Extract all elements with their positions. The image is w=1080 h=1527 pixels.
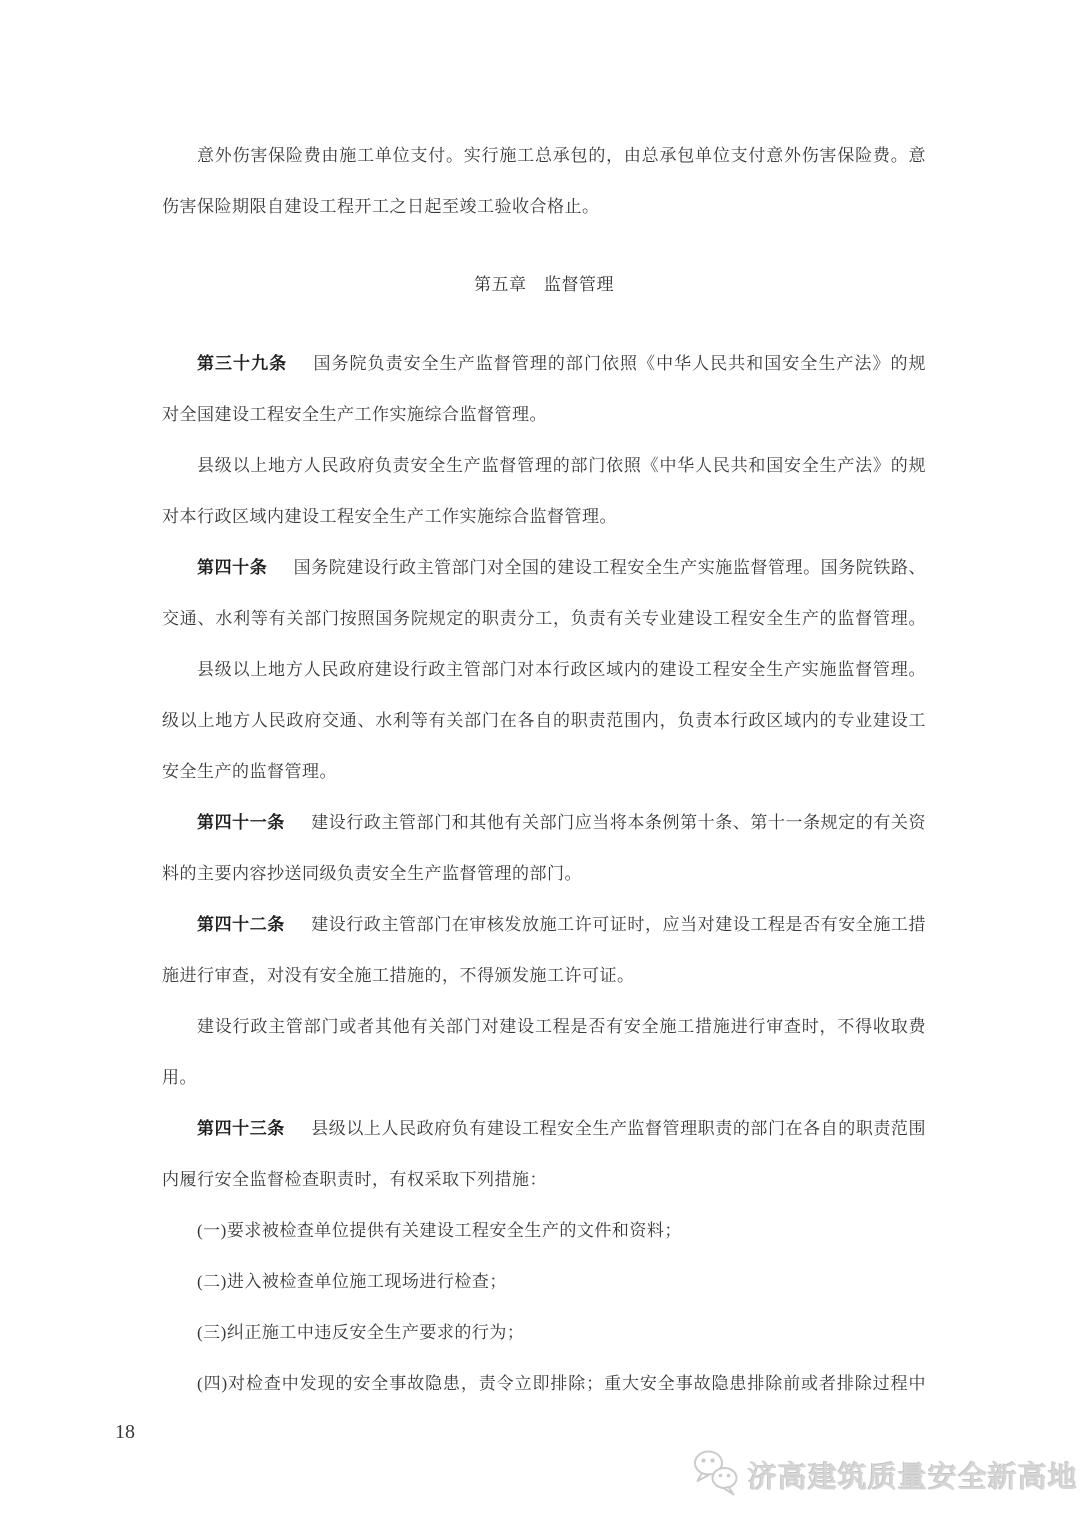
text-line: 交通、水利等有关部门按照国务院规定的职责分工，负责有关专业建设工程安全生产的监督… — [162, 593, 926, 644]
text-line: 级以上地方人民政府交通、水利等有关部门在各自的职责范围内，负责本行政区域内的专业… — [162, 695, 926, 746]
text-line: (二)进入被检查单位施工现场进行检查； — [162, 1256, 926, 1307]
text-line: 县级以上地方人民政府建设行政主管部门对本行政区域内的建设工程安全生产实施监督管理… — [162, 644, 926, 695]
text-line: 第三十九条国务院负责安全生产监督管理的部门依照《中华人民共和国安全生产法》的规定… — [162, 338, 926, 389]
text-line: 意外伤害保险费由施工单位支付。实行施工总承包的，由总承包单位支付意外伤害保险费。… — [162, 130, 926, 181]
watermark-text: 济高建筑质量安全新高地 — [748, 1455, 1078, 1496]
article-text: 建设行政主管部门在审核发放施工许可证时，应当对建设工程是否有安全施工措 — [311, 915, 926, 934]
text-line: 第四十三条县级以上人民政府负有建设工程安全生产监督管理职责的部门在各自的职责范围 — [162, 1103, 926, 1154]
text-line: 料的主要内容抄送同级负责安全生产监督管理的部门。 — [162, 848, 926, 899]
article-text: 建设行政主管部门和其他有关部门应当将本条例第十条、第十一条规定的有关资 — [311, 813, 926, 832]
text-line: 第四十一条建设行政主管部门和其他有关部门应当将本条例第十条、第十一条规定的有关资 — [162, 797, 926, 848]
text-line: (一)要求被检查单位提供有关建设工程安全生产的文件和资料； — [162, 1205, 926, 1256]
article-text: 国务院建设行政主管部门对全国的建设工程安全生产实施监督管理。国务院铁路、 — [294, 558, 926, 577]
document-body: 意外伤害保险费由施工单位支付。实行施工总承包的，由总承包单位支付意外伤害保险费。… — [162, 130, 926, 1409]
text-line: (四)对检查中发现的安全事故隐患，责令立即排除；重大安全事故隐患排除前或者排除过… — [162, 1358, 926, 1409]
article-number: 第四十一条 — [197, 813, 285, 832]
chapter-heading: 第五章 监督管理 — [162, 259, 926, 310]
text-line: 对全国建设工程安全生产工作实施综合监督管理。 — [162, 389, 926, 440]
text-line: 内履行安全监督检查职责时，有权采取下列措施： — [162, 1154, 926, 1205]
article-number: 第四十条 — [197, 558, 267, 577]
wechat-icon — [692, 1447, 742, 1503]
document-page: 意外伤害保险费由施工单位支付。实行施工总承包的，由总承包单位支付意外伤害保险费。… — [0, 0, 1080, 1527]
article-text: 县级以上人民政府负有建设工程安全生产监督管理职责的部门在各自的职责范围 — [311, 1119, 926, 1138]
article-number: 第四十三条 — [197, 1119, 285, 1138]
page-number: 18 — [115, 1418, 135, 1446]
text-line: (三)纠正施工中违反安全生产要求的行为； — [162, 1307, 926, 1358]
text-line: 用。 — [162, 1052, 926, 1103]
text-line: 施进行审查，对没有安全施工措施的，不得颁发施工许可证。 — [162, 950, 926, 1001]
text-line: 建设行政主管部门或者其他有关部门对建设工程是否有安全施工措施进行审查时，不得收取… — [162, 1001, 926, 1052]
watermark: 济高建筑质量安全新高地 — [692, 1446, 1078, 1504]
text-line: 县级以上地方人民政府负责安全生产监督管理的部门依照《中华人民共和国安全生产法》的… — [162, 440, 926, 491]
text-line: 第四十条国务院建设行政主管部门对全国的建设工程安全生产实施监督管理。国务院铁路、 — [162, 542, 926, 593]
text-line: 安全生产的监督管理。 — [162, 746, 926, 797]
article-number: 第三十九条 — [197, 354, 287, 373]
article-number: 第四十二条 — [197, 915, 285, 934]
text-line: 伤害保险期限自建设工程开工之日起至竣工验收合格止。 — [162, 181, 926, 232]
text-line: 第四十二条建设行政主管部门在审核发放施工许可证时，应当对建设工程是否有安全施工措 — [162, 899, 926, 950]
text-line: 对本行政区域内建设工程安全生产工作实施综合监督管理。 — [162, 491, 926, 542]
